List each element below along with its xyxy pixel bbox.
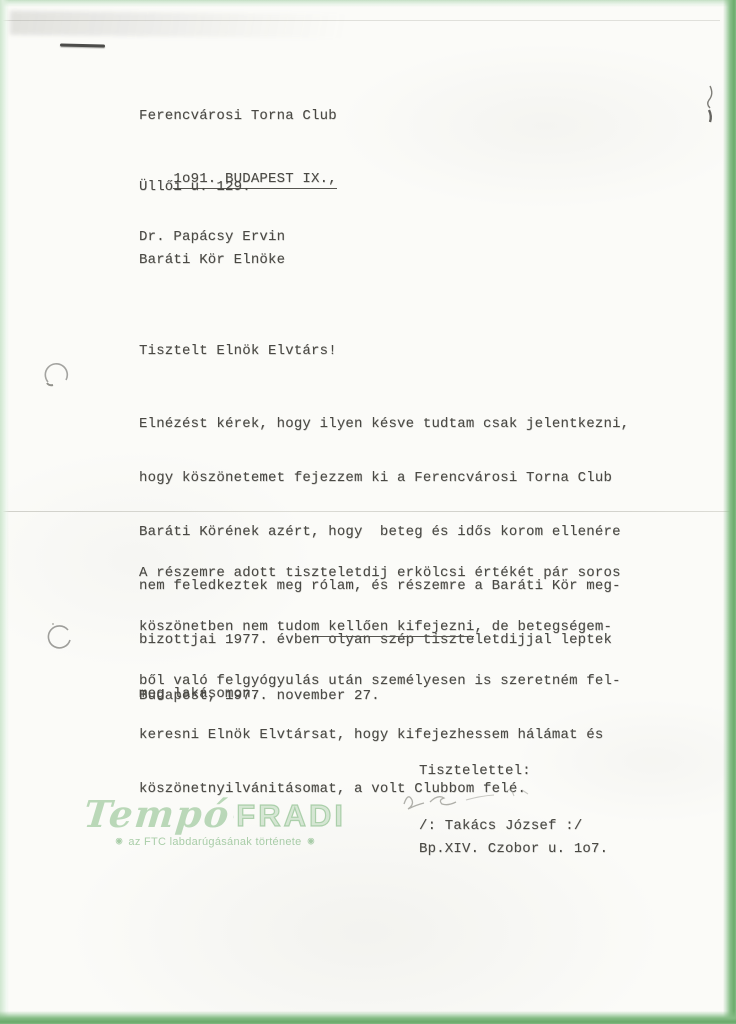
recipient-name: Dr. Papácsy Ervin	[139, 229, 285, 245]
football-icon: ◉	[308, 837, 315, 848]
scanned-letter: Ferencvárosi Torna Club 1o91. BUDAPEST I…	[0, 0, 736, 1024]
punch-hole-bottom-icon	[44, 622, 76, 656]
salutation: Tisztelt Elnök Elvtárs!	[139, 343, 337, 359]
recipient-title: Baráti Kör Elnöke	[139, 252, 285, 268]
pen-check-mark-icon	[700, 84, 718, 128]
signature-address: Bp.XIV. Czobor u. 1o7.	[419, 841, 608, 857]
body-line: hogy köszönetemet fejezzem ki a Ferencvá…	[139, 467, 629, 489]
body-line-segment: köszönetben nem tudo	[139, 619, 311, 635]
body-line-segment: , de betegségem-	[474, 619, 612, 635]
body-line: köszönetben nem tudom kellően kifejezni,…	[139, 616, 621, 638]
dateline: Budapest, 1977. november 27.	[139, 688, 380, 704]
signature-scribble	[396, 784, 566, 818]
signature-name: /: Takács József :/	[419, 818, 582, 834]
club-name: Ferencvárosi Torna Club	[139, 108, 337, 124]
closing: Tisztelettel:	[419, 763, 531, 779]
paper-edge-shadow	[10, 11, 430, 39]
watermark-subtitle: az FTC labdarúgásának története	[128, 836, 301, 848]
underlined-phrase: m kellően kifejezni	[311, 619, 474, 637]
address-line-2: Üllői u. 129.	[139, 179, 251, 195]
football-icon: ◉	[116, 837, 123, 848]
body-line: keresni Elnök Elvtársat, hogy kifejezhes…	[139, 724, 621, 746]
punch-hole-top-icon	[42, 360, 74, 392]
body-line: Elnézést kérek, hogy ilyen késve tudtam …	[139, 413, 629, 435]
body-line: A részemre adott tiszteletdij erkölcsi é…	[139, 562, 621, 584]
watermark-subtitle-row: ◉ az FTC labdarúgásának története ◉	[84, 836, 346, 848]
